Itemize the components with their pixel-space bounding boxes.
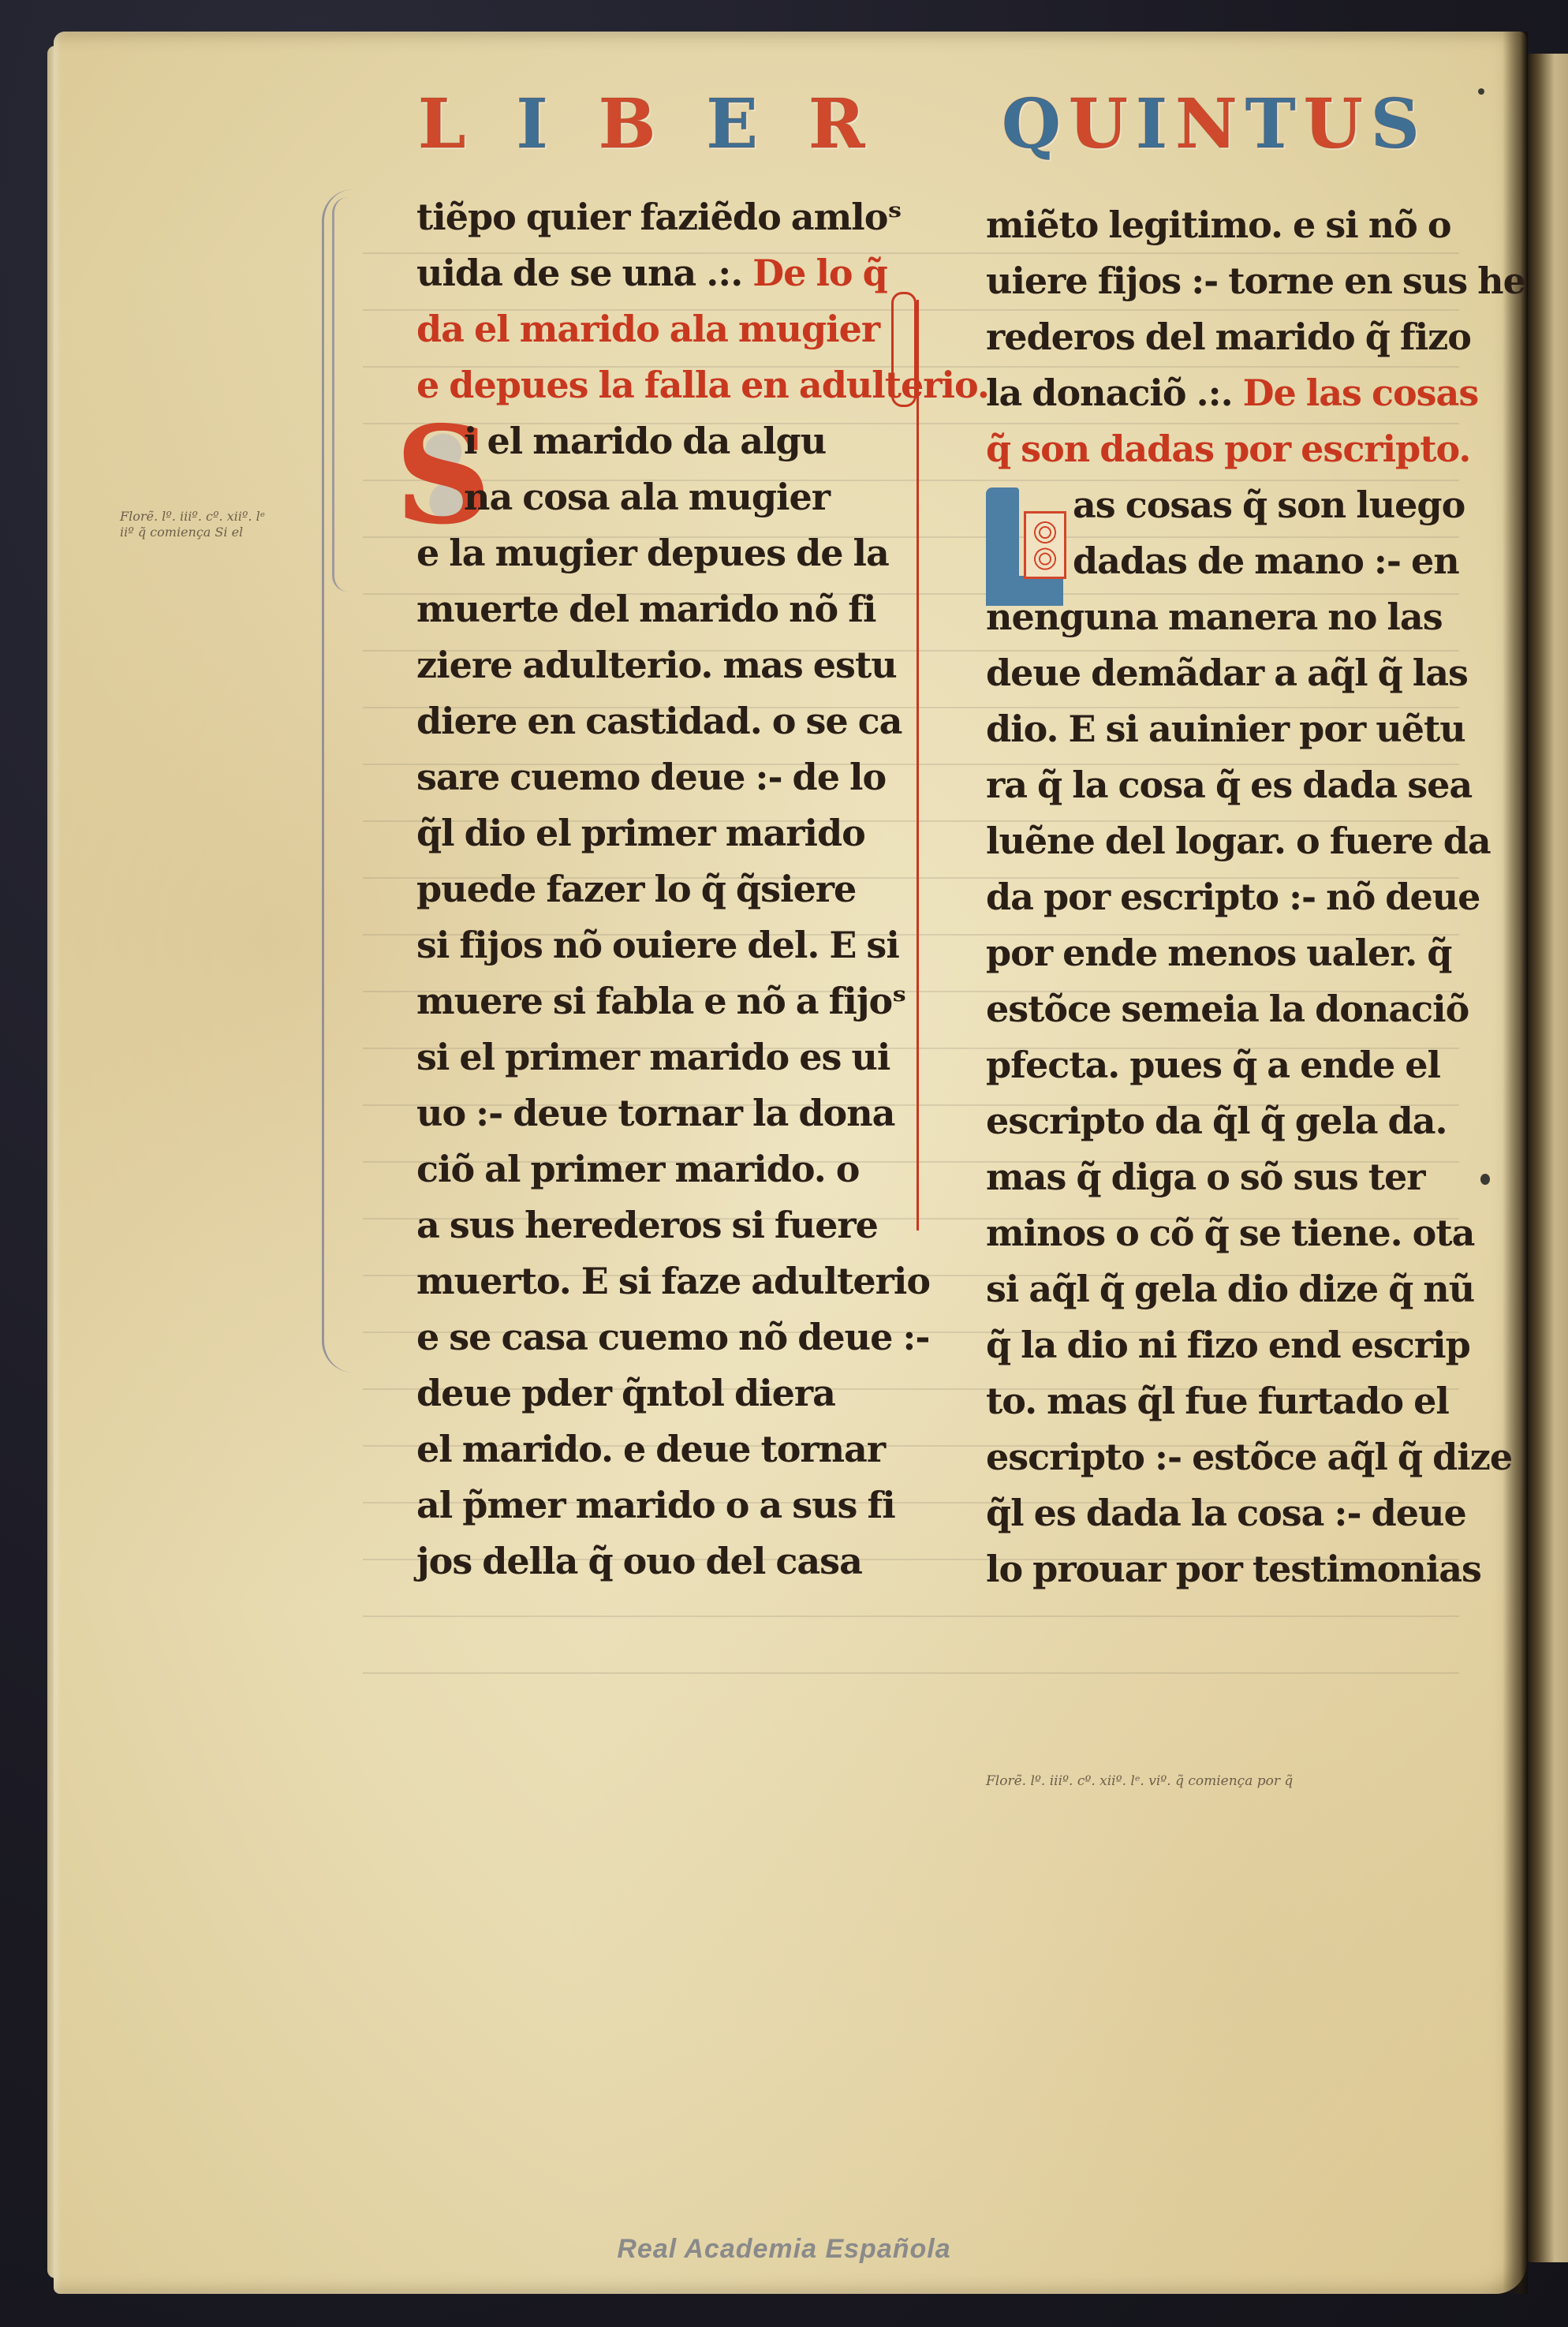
- rubric-line: e depues la falla en adulterio.: [416, 357, 905, 413]
- running-head-letter: I: [516, 91, 549, 159]
- text-line: si aq̃l q̃ gela dio dize q̃ nũ: [986, 1261, 1475, 1317]
- text-line: escripto da q̃l q̃ gela da.: [986, 1093, 1475, 1149]
- text-line: pfecta. pues q̃ a ende el: [986, 1037, 1475, 1093]
- parchment-blemish: [1480, 1174, 1490, 1185]
- text-line: dadas de mano :- en: [986, 533, 1475, 589]
- parchment-blemish: [1478, 88, 1484, 95]
- text-line: por ende menos ualer. q̃: [986, 925, 1475, 981]
- marginal-note-bottom: Florẽ. lº. iiiº. cº. xiiº. lᵉ. viº. q̃ c…: [986, 1773, 1443, 1789]
- text-line: uida de se una .:. De lo q̃: [416, 245, 905, 301]
- running-head-letter: B: [599, 91, 658, 159]
- text-line: sare cuemo deue :- de lo: [416, 749, 905, 805]
- running-head-liber: L I B E R: [418, 85, 866, 164]
- text-line: dio. E si auinier por uẽtu: [986, 701, 1475, 757]
- text-line: muerto. E si faze adulterio: [416, 1253, 905, 1309]
- text-line: ciõ al primer marido. o: [416, 1141, 905, 1197]
- rubric-line: q̃ son dadas por escripto.: [986, 421, 1475, 477]
- running-head-letter: Q: [1002, 91, 1062, 159]
- running-head-letter: R: [808, 91, 866, 159]
- text-line: escripto :- estõce aq̃l q̃ dize: [986, 1429, 1475, 1485]
- text-line: diere en castidad. o se ca: [416, 693, 905, 749]
- text-line: nenguna manera no las: [986, 589, 1475, 645]
- text-line: uiere fijos :- torne en sus he: [986, 253, 1475, 309]
- text-line: luẽne del logar. o fuere da: [986, 813, 1475, 869]
- text-line: minos o cõ q̃ se tiene. ota: [986, 1205, 1475, 1261]
- text-line: miẽto legitimo. e si nõ o: [986, 197, 1475, 253]
- watermark: Real Academia Española: [0, 2234, 1568, 2265]
- running-head-letter: T: [1245, 91, 1297, 159]
- text-line: deue pder q̃ntol diera: [416, 1365, 905, 1421]
- text-line: muerte del marido nõ fi: [416, 581, 905, 637]
- text-column-left: tiẽpo quier faziẽdo amloˢ uida de se una…: [416, 189, 905, 1589]
- text-line: el marido. e deue tornar: [416, 1421, 905, 1477]
- text-line: e la mugier depues de la: [416, 525, 905, 581]
- text-line: lo prouar por testimonias: [986, 1541, 1475, 1597]
- text-line: q̃ la dio ni fizo end escrip: [986, 1317, 1475, 1373]
- running-head-letter: N: [1175, 91, 1239, 159]
- running-head-letter: U: [1069, 91, 1129, 159]
- pen-flourish-grey: [322, 189, 379, 1373]
- running-head-letter: U: [1304, 91, 1365, 159]
- text-line: ra q̃ la cosa q̃ es dada sea: [986, 757, 1475, 813]
- text-line: q̃l dio el primer marido: [416, 805, 905, 861]
- marginal-note-line: iiº q̃ comiença Si el: [120, 525, 372, 540]
- text-line: da por escripto :- nõ deue: [986, 869, 1475, 925]
- text-line: jos della q̃ ouo del casa: [416, 1533, 905, 1589]
- text-column-right: miẽto legitimo. e si nõ o uiere fijos :-…: [986, 197, 1475, 1597]
- text-line: la donaciõ .:. De las cosas: [986, 365, 1475, 421]
- running-head-letter: S: [1371, 91, 1421, 159]
- marginal-note-line: Florẽ. lº. iiiº. cº. xiiº. lᵉ: [120, 509, 372, 525]
- text-line: as cosas q̃ son luego: [986, 477, 1475, 533]
- text-segment: uida de se una .:.: [416, 252, 752, 294]
- text-line: deue demãdar a aq̃l q̃ las: [986, 645, 1475, 701]
- text-line: e se casa cuemo nõ deue :-: [416, 1309, 905, 1365]
- facing-page-edge: [1526, 54, 1568, 2262]
- rubric-text: De las cosas: [1243, 372, 1479, 414]
- text-line: ziere adulterio. mas estu: [416, 637, 905, 693]
- rubric-line: da el marido ala mugier: [416, 301, 905, 357]
- text-line: si fijos nõ ouiere del. E si: [416, 917, 905, 973]
- running-head-letter: E: [706, 91, 760, 159]
- text-line: na cosa ala mugier: [416, 469, 905, 525]
- text-line: i el marido da algu: [416, 413, 905, 469]
- running-head-quintus: Q U I N T U S: [1002, 85, 1421, 164]
- text-line: muere si fabla e nõ a fijoˢ: [416, 973, 905, 1029]
- marginal-note-left: Florẽ. lº. iiiº. cº. xiiº. lᵉ iiº q̃ com…: [120, 509, 372, 540]
- text-line: mas q̃ diga o sõ sus ter: [986, 1149, 1475, 1205]
- text-segment: la donaciõ .:.: [986, 372, 1243, 414]
- text-line: rederos del marido q̃ fizo: [986, 309, 1475, 365]
- rubric-text: De lo q̃: [752, 252, 887, 294]
- running-head-letter: I: [1136, 91, 1169, 159]
- text-line: si el primer marido es ui: [416, 1029, 905, 1085]
- text-line: q̃l es dada la cosa :- deue: [986, 1485, 1475, 1541]
- text-line: estõce semeia la donaciõ: [986, 981, 1475, 1037]
- text-line: a sus herederos si fuere: [416, 1197, 905, 1253]
- text-line: uo :- deue tornar la dona: [416, 1085, 905, 1141]
- text-line: al p̃mer marido o a sus fi: [416, 1477, 905, 1533]
- gutter-shadow: [1503, 32, 1528, 2294]
- text-line: puede fazer lo q̃ q̃siere: [416, 861, 905, 917]
- text-line: tiẽpo quier faziẽdo amloˢ: [416, 189, 905, 245]
- running-head-letter: L: [418, 91, 467, 159]
- text-line: to. mas q̃l fue furtado el: [986, 1373, 1475, 1429]
